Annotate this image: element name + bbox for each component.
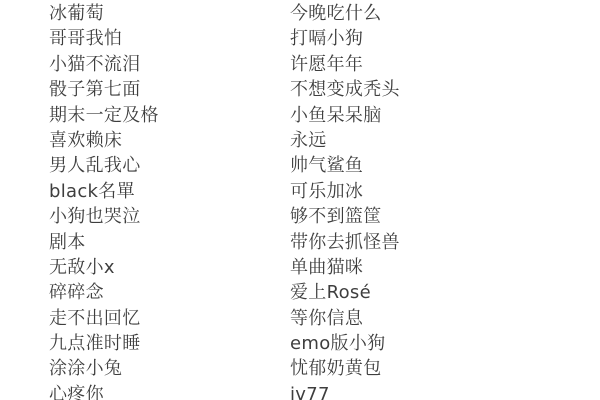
- list-item: 打嗝小狗: [290, 26, 400, 51]
- list-item: 永远: [290, 128, 400, 153]
- nickname-list-page: 冰葡萄 哥哥我怕 小猫不流泪 骰子第七面 期末一定及格 喜欢赖床 男人乱我心 b…: [0, 0, 600, 400]
- list-item: 男人乱我心: [49, 153, 159, 178]
- list-item: 心疼你: [49, 382, 159, 400]
- list-item: emo版小狗: [290, 331, 400, 356]
- list-item: 九点准时睡: [49, 331, 159, 356]
- nickname-column-left: 冰葡萄 哥哥我怕 小猫不流泪 骰子第七面 期末一定及格 喜欢赖床 男人乱我心 b…: [49, 1, 159, 400]
- list-item: 带你去抓怪兽: [290, 230, 400, 255]
- list-item: 小猫不流泪: [49, 52, 159, 77]
- list-item: 骰子第七面: [49, 77, 159, 102]
- list-item: 哥哥我怕: [49, 26, 159, 51]
- list-item: 许愿年年: [290, 52, 400, 77]
- list-item: 期末一定及格: [49, 103, 159, 128]
- list-item: 剧本: [49, 230, 159, 255]
- list-item: 今晚吃什么: [290, 1, 400, 26]
- list-item: iv77: [290, 382, 400, 400]
- list-item: 帅气鲨鱼: [290, 153, 400, 178]
- list-item: 冰葡萄: [49, 1, 159, 26]
- list-item: 碎碎念: [49, 280, 159, 305]
- list-item: 可乐加冰: [290, 179, 400, 204]
- list-item: 单曲猫咪: [290, 255, 400, 280]
- list-item: 等你信息: [290, 306, 400, 331]
- list-item: black名單: [49, 179, 159, 204]
- list-item: 爱上Rosé: [290, 280, 400, 305]
- nickname-column-right: 今晚吃什么 打嗝小狗 许愿年年 不想变成秃头 小鱼呆呆脑 永远 帅气鲨鱼 可乐加…: [290, 1, 400, 400]
- list-item: 小鱼呆呆脑: [290, 103, 400, 128]
- list-item: 小狗也哭泣: [49, 204, 159, 229]
- list-item: 走不出回忆: [49, 306, 159, 331]
- list-item: 无敌小x: [49, 255, 159, 280]
- list-item: 不想变成秃头: [290, 77, 400, 102]
- list-item: 够不到篮筐: [290, 204, 400, 229]
- list-item: 喜欢赖床: [49, 128, 159, 153]
- list-item: 忧郁奶黄包: [290, 356, 400, 381]
- list-item: 涂涂小兔: [49, 356, 159, 381]
